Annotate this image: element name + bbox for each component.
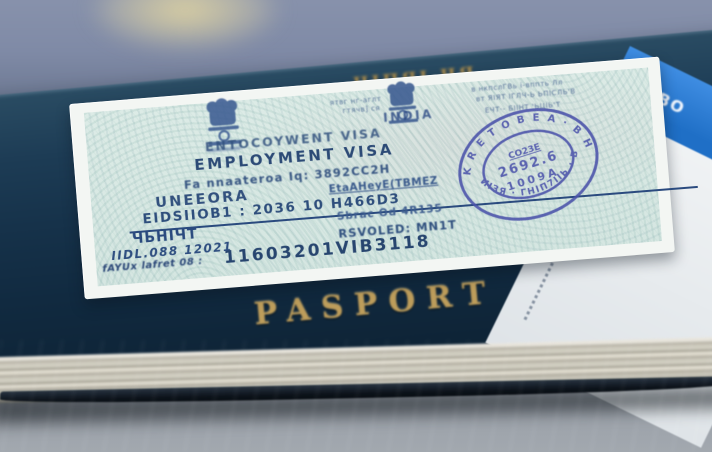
emblem-caption-india: INDIA [383,107,435,125]
visa-paper-texture: ятвг нг-аглт гтячв] ся INDIA в нкпслГВь … [84,68,662,287]
table-surface-streaks [0,340,712,452]
photo-scene: ЧІПЯІ-ЧЯ PROAMIE REOLBS PASPORT BO ятвг … [0,0,712,452]
visa-microtext-left-2: гтячв] ся [342,104,380,115]
